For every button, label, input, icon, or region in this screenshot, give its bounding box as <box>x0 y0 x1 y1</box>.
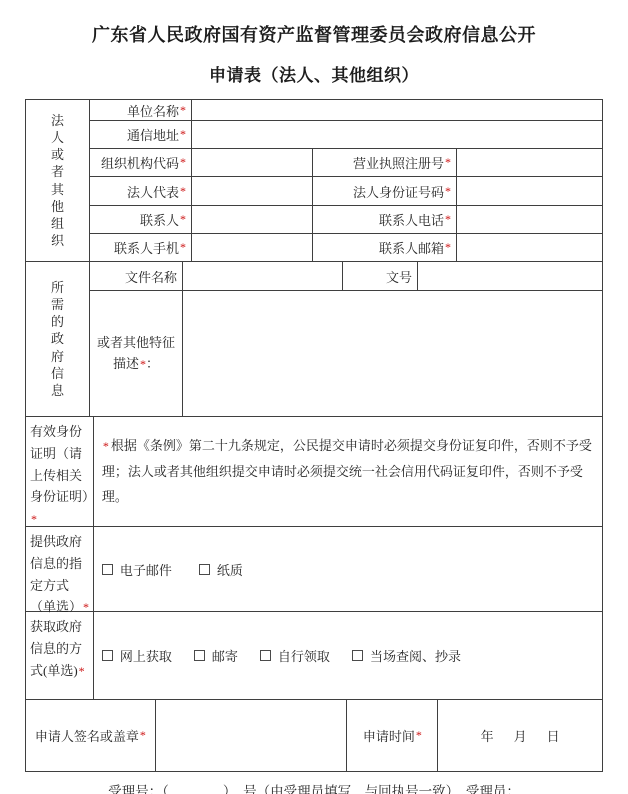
doc-no-input[interactable] <box>418 262 603 291</box>
application-form-table: 法人或者其他组织 单位名称* 通信地址* 组织机构代码* 营业执照注册号* 法人… <box>25 99 603 772</box>
required-marker: * <box>445 212 451 227</box>
required-marker: * <box>416 728 422 743</box>
required-marker: * <box>180 184 186 199</box>
contact-email-label: 联系人邮箱* <box>313 234 457 262</box>
license-no-label: 营业执照注册号* <box>313 149 457 177</box>
legal-rep-input[interactable] <box>192 177 313 206</box>
required-marker: * <box>445 184 451 199</box>
day-label: 日 <box>547 726 560 745</box>
page-subtitle: 申请表（法人、其他组织） <box>0 61 628 86</box>
identity-proof-note: *根据《条例》第二十九条规定，公民提交申请时必须提交身份证复印件，否则不予受理；… <box>94 417 603 527</box>
option-pickup[interactable]: 自行领取 <box>260 646 330 665</box>
contact-label: 联系人* <box>90 206 192 234</box>
required-marker: * <box>180 127 186 142</box>
required-marker: * <box>180 212 186 227</box>
identity-proof-label: 有效身份证明（请上传相关身份证明）* <box>26 417 94 527</box>
legal-id-input[interactable] <box>457 177 603 206</box>
required-marker: * <box>445 240 451 255</box>
required-marker: * <box>445 155 451 170</box>
section-delivery-method: 提供政府信息的指定方式（单选）* 电子邮件 纸质 <box>26 527 603 612</box>
contact-input[interactable] <box>192 206 313 234</box>
section-needed-info: 所需的政府信息 文件名称 文号 或者其他特征描述*： <box>26 262 603 417</box>
apply-date-input[interactable]: 年 月 日 <box>438 700 603 772</box>
option-mail[interactable]: 邮寄 <box>194 646 238 665</box>
checkbox-mail[interactable] <box>194 650 205 661</box>
checkbox-online[interactable] <box>102 650 113 661</box>
page-title: 广东省人民政府国有资产监督管理委员会政府信息公开 <box>0 21 628 47</box>
obtain-method-options: 网上获取 邮寄 自行领取 当场查阅、抄录 <box>94 612 603 700</box>
section-signature: 申请人签名或盖章* 申请时间* 年 月 日 <box>26 700 603 772</box>
option-email[interactable]: 电子邮件 <box>102 560 172 579</box>
required-marker: * <box>103 439 109 453</box>
license-no-input[interactable] <box>457 149 603 177</box>
required-marker: * <box>140 728 146 743</box>
required-marker: * <box>180 240 186 255</box>
year-label: 年 <box>481 726 494 745</box>
unit-name-input[interactable] <box>192 100 603 121</box>
acceptance-number-line: 受理号：（ ） 号（由受理员填写，与回执号一致） 受理员： <box>0 780 628 794</box>
address-label: 通信地址* <box>90 121 192 149</box>
checkbox-email[interactable] <box>102 564 113 575</box>
contact-email-input[interactable] <box>457 234 603 262</box>
file-name-input[interactable] <box>183 262 343 291</box>
required-marker: * <box>79 664 85 678</box>
required-marker: * <box>180 155 186 170</box>
needed-info-group-label: 所需的政府信息 <box>26 262 90 417</box>
section-legal-org: 法人或者其他组织 单位名称* 通信地址* 组织机构代码* 营业执照注册号* 法人… <box>26 100 603 262</box>
checkbox-pickup[interactable] <box>260 650 271 661</box>
legal-org-group-label: 法人或者其他组织 <box>26 100 90 262</box>
delivery-method-label: 提供政府信息的指定方式（单选）* <box>26 527 94 612</box>
contact-phone-input[interactable] <box>457 206 603 234</box>
doc-no-label: 文号 <box>343 262 418 291</box>
feature-desc-input[interactable] <box>183 291 603 417</box>
file-name-label: 文件名称 <box>90 262 183 291</box>
org-code-label: 组织机构代码* <box>90 149 192 177</box>
option-onsite[interactable]: 当场查阅、抄录 <box>352 646 461 665</box>
org-code-input[interactable] <box>192 149 313 177</box>
contact-mobile-input[interactable] <box>192 234 313 262</box>
section-obtain-method: 获取政府信息的方式(单选)* 网上获取 邮寄 自行领取 当场查阅、抄录 <box>26 612 603 700</box>
signature-label: 申请人签名或盖章* <box>26 700 156 772</box>
required-marker: * <box>180 103 186 118</box>
checkbox-paper[interactable] <box>199 564 210 575</box>
option-online[interactable]: 网上获取 <box>102 646 172 665</box>
legal-id-label: 法人身份证号码* <box>313 177 457 206</box>
section-identity-proof: 有效身份证明（请上传相关身份证明）* *根据《条例》第二十九条规定，公民提交申请… <box>26 417 603 527</box>
obtain-method-label: 获取政府信息的方式(单选)* <box>26 612 94 700</box>
feature-desc-label: 或者其他特征描述*： <box>90 291 183 417</box>
address-input[interactable] <box>192 121 603 149</box>
contact-phone-label: 联系人电话* <box>313 206 457 234</box>
option-paper[interactable]: 纸质 <box>199 560 243 579</box>
checkbox-onsite[interactable] <box>352 650 363 661</box>
contact-mobile-label: 联系人手机* <box>90 234 192 262</box>
month-label: 月 <box>514 726 527 745</box>
apply-time-label: 申请时间* <box>347 700 438 772</box>
required-marker: * <box>31 512 37 526</box>
signature-input[interactable] <box>156 700 348 772</box>
delivery-method-options: 电子邮件 纸质 <box>94 527 603 612</box>
unit-name-label: 单位名称* <box>90 100 192 121</box>
legal-rep-label: 法人代表* <box>90 177 192 206</box>
